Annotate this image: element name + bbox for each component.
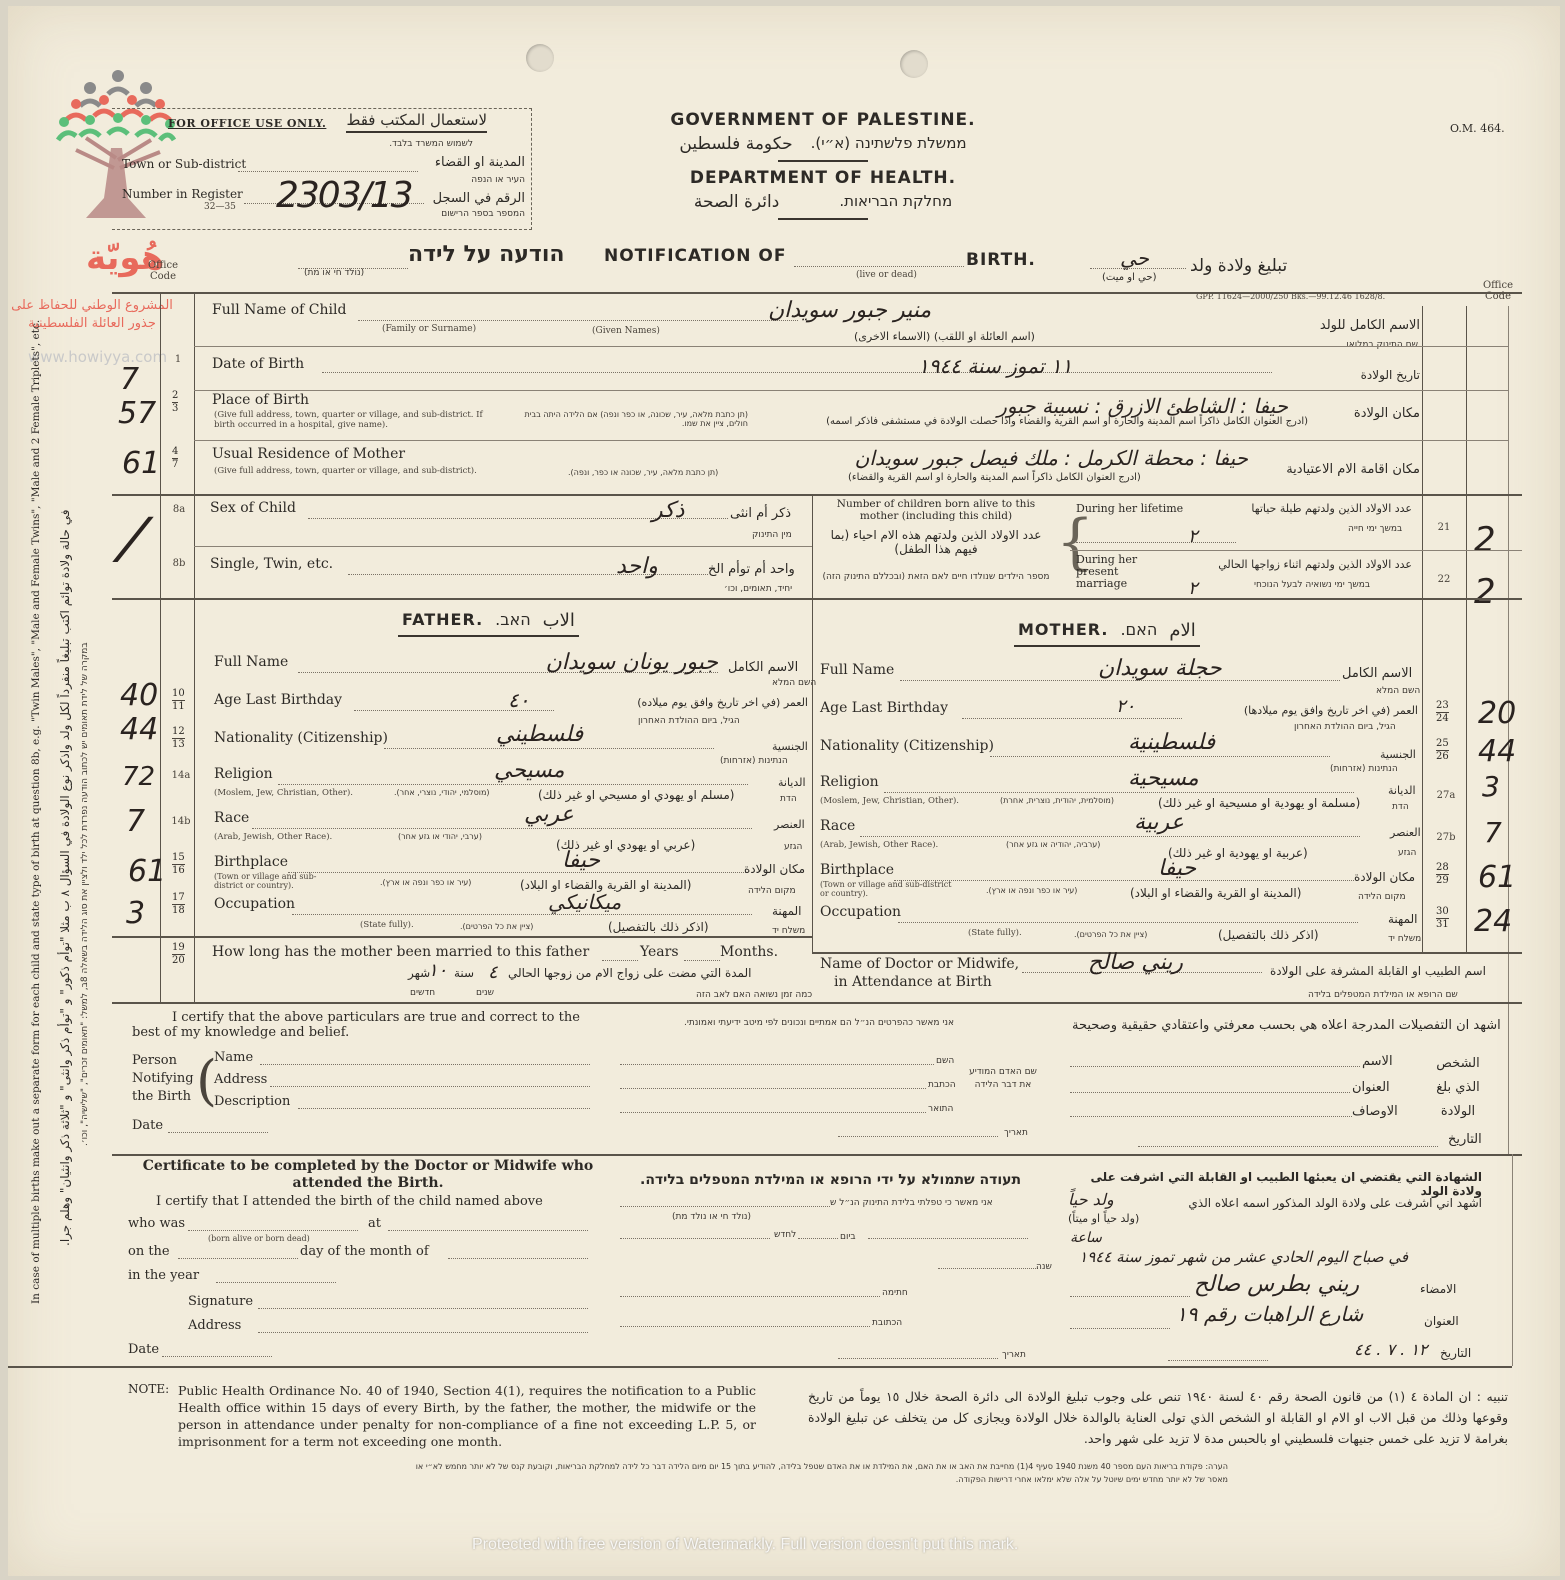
dob-value: ١١ تموز سنة ١٩٤٤: [918, 354, 1072, 378]
title-he-sub: (נולד חי או מת): [304, 268, 364, 278]
left-code-sex-mark: ⁄: [128, 506, 138, 576]
left-code-father-race: 7: [126, 804, 145, 839]
child-name-sub-family: (Family or Surname): [382, 324, 476, 334]
register-label: Number in Register: [122, 187, 243, 201]
doctor-cert-in-year: in the year: [128, 1268, 199, 1283]
doctor-cert-date-line-ar: في صباح اليوم الحادي عشر من شهر تموز سنة…: [1068, 1248, 1408, 1266]
side-note-he: במקרה של לידת תאומים יש לכתוב הודעה נפרד…: [80, 346, 90, 1146]
residence-num: 47: [172, 446, 178, 471]
sex-label-ar: ذكر أم انثى: [730, 506, 791, 521]
mother-religion-num: 27a: [1432, 790, 1460, 801]
right-code-mother-age: 20: [1478, 696, 1516, 731]
notifier-name-ar: الاسم: [1362, 1054, 1393, 1069]
mother-birthplace-label: Birthplace: [820, 862, 894, 878]
marriage-label: During her present marriage: [1076, 554, 1156, 590]
notifier-name-he: השם: [936, 1056, 954, 1066]
mother-race-label-he: הגזע: [1398, 848, 1416, 858]
office-use-heading-ar: لاستعمال المكتب فقط: [346, 111, 487, 133]
dob-num: 1: [168, 354, 188, 365]
mother-race-label-ar: العنصر: [1390, 826, 1421, 839]
office-use-heading-he: לשמוש המשרד בלבד.: [389, 139, 473, 149]
mother-religion-sub-en: (Moslem, Jew, Christian, Other).: [820, 796, 959, 806]
doctor-cert-line1-he: אני מאשר כי טפלתי בלידת התינוק הנ״ל ש: [830, 1198, 993, 1208]
father-nat-label: Nationality (Citizenship): [214, 730, 388, 746]
father-religion-sub-ar: (مسلم او يهودي او مسيحي او غير ذلك): [538, 788, 734, 802]
notifier-date-ar: التاريخ: [1448, 1132, 1482, 1147]
mother-age-value: ٢٠: [1116, 696, 1135, 717]
gov-title-he: ממשלת פלשתינה (א״י).: [811, 134, 967, 154]
doctor-cert-born-sub-he: (נולד חי או נולד מת): [672, 1212, 751, 1222]
place-label-ar: مكان الولادة: [1354, 406, 1420, 421]
side-note-ar: في حالة ولادة توائم اكتب تبليغاً منفرداً…: [58, 346, 72, 1246]
notifier-address-he: הכתבת: [928, 1080, 956, 1090]
father-occupation-value: ميكانيكي: [548, 890, 621, 914]
left-code-father-nat: 44: [120, 712, 158, 747]
office-use-box: FOR OFFICE USE ONLY. لاستعمال المكتب فقط…: [112, 108, 532, 230]
doctor-cert-day-of-month: day of the month of: [300, 1244, 429, 1259]
father-occupation-num: 1718: [172, 892, 185, 917]
single-label-ar: واحد أم توأم الخ: [708, 562, 795, 577]
mother-nat-num: 2526: [1436, 738, 1449, 763]
single-label-he: יחיד, תאומים, וכו׳: [724, 584, 792, 594]
mother-religion-sub-he: (מוסלמית, יהודית, נוצרית, אחרת): [1000, 796, 1114, 805]
mother-birthplace-sub-he: (עיר או כפר ונפה או ארץ).: [986, 886, 1077, 895]
father-birthplace-sub-he: (עיר או כפר ונפה או ארץ).: [380, 878, 471, 887]
note-text-ar: تنبيه : ان المادة ٤ (١) من قانون الصحة ر…: [808, 1386, 1508, 1449]
father-religion-sub-he: (מוסלמי, יהודי, נוצרי, אחר).: [394, 788, 490, 797]
mother-occupation-sub-en: (State fully).: [968, 928, 1022, 938]
doctor-cert-title-he: תעודה שתמולא על ידי הרופא או המילדת המטפ…: [640, 1172, 1021, 1188]
register-number-value: 2303/13: [276, 175, 412, 216]
doctor-cert-signature-he: חתימה: [882, 1288, 908, 1298]
father-occupation-sub-ar: (اذكر ذلك بالتفصيل): [608, 920, 709, 934]
left-code-residence: 61: [122, 446, 160, 481]
mother-nat-label-ar: الجنسية: [1380, 748, 1416, 761]
gov-title-en: GOVERNMENT OF PALESTINE.: [658, 110, 988, 130]
mother-age-label-he: הגיל, ביום ההולדת האחרון: [1294, 722, 1396, 732]
place-num: 23: [172, 390, 178, 415]
mother-race-value: عربية: [1134, 810, 1184, 835]
logo-url: www.howiyya.com: [28, 348, 167, 366]
left-code-child-name: 7: [120, 362, 139, 397]
dept-title-ar: دائرة الصحة: [694, 192, 779, 212]
live-or-dead-value: حي: [1120, 246, 1149, 270]
child-name-label: Full Name of Child: [212, 302, 346, 318]
place-sub-en: (Give full address, town, quarter or vil…: [214, 410, 504, 430]
doctor-name-value: ريني صالح: [1088, 950, 1183, 975]
mother-age-label: Age Last Birthday: [820, 700, 948, 716]
father-birthplace-label-he: מקום הלידה: [748, 886, 796, 896]
marriage-code: 2: [1474, 572, 1496, 612]
father-race-label: Race: [214, 810, 249, 826]
note-text-en: Public Health Ordinance No. 40 of 1940, …: [178, 1382, 756, 1450]
dept-title-en: DEPARTMENT OF HEALTH.: [658, 168, 988, 188]
months-label: Months.: [720, 944, 778, 960]
father-race-label-ar: العنصر: [774, 818, 805, 831]
father-age-label-ar: العمر (في اخر تاريخ وافق يوم ميلاده): [554, 696, 808, 709]
years-ar: سنة: [454, 966, 474, 980]
mother-name-label-ar: الاسم الكامل: [1342, 666, 1412, 681]
father-birthplace-num: 1516: [172, 852, 185, 877]
gov-title-ar: حكومة فلسطين: [679, 134, 792, 154]
doctor-cert-at: at: [368, 1216, 381, 1231]
father-occupation-sub-he: (ציין את כל הפרטים).: [460, 922, 533, 931]
father-race-num: 14b: [168, 816, 194, 827]
left-code-father-birthplace: 61: [128, 854, 166, 889]
father-nat-label-ar: الجنسية: [772, 740, 808, 753]
father-age-num: 1011: [172, 688, 185, 713]
mother-race-sub-en: (Arab, Jewish, Other Race).: [820, 840, 938, 850]
notifier-date-he: תאריך: [1004, 1128, 1028, 1138]
marriage-label-he: במשך ימי נשואיה לבעל הנוכחי: [1254, 580, 1370, 590]
title-en-post: BIRTH.: [966, 250, 1036, 270]
town-label-he: העיר או הנפה: [471, 175, 525, 185]
doctor-name-label-1: Name of Doctor or Midwife,: [820, 956, 1019, 972]
lifetime-code: 2: [1474, 520, 1496, 560]
mother-occupation-num: 3031: [1436, 906, 1449, 931]
register-sub: 32—35: [204, 202, 236, 212]
doctor-cert-signature-ar: الامضاء: [1420, 1282, 1456, 1296]
mother-age-num: 2324: [1436, 700, 1449, 725]
place-sub-he: (תן כתבת מלאה, עיר, שכונה, או כפר ונפה) …: [508, 410, 748, 428]
mother-name-label: Full Name: [820, 662, 894, 678]
register-label-ar: الرقم في السجل: [433, 191, 525, 206]
months-value: ١٠: [428, 960, 447, 981]
mother-religion-label-ar: الديانة: [1388, 784, 1416, 797]
lifetime-label-ar: عدد الاولاد الذين ولدتهم طيلة حياتها: [1194, 502, 1412, 515]
years-label: Years: [640, 944, 679, 960]
marriage-label-ar: عدد الاولاد الذين ولدتهم اثناء زواجها ال…: [1158, 558, 1412, 571]
left-code-father-religion: 72: [122, 762, 155, 792]
notifier-description-he: התואר: [928, 1104, 953, 1114]
residence-sub-ar: (ادرج العنوان الكامل ذاكراً اسم المدينة …: [848, 472, 1141, 483]
right-code-mother-race: 7: [1484, 816, 1502, 849]
father-birthplace-value: حيفا: [562, 848, 600, 873]
title-ar: تبليغ ولادة ولد: [1190, 256, 1287, 276]
right-code-mother-religion: 3: [1482, 770, 1500, 803]
mother-nat-label: Nationality (Citizenship): [820, 738, 994, 754]
father-age-value: ٤٠: [508, 688, 529, 712]
mother-race-label: Race: [820, 818, 855, 834]
lifetime-label: During her lifetime: [1076, 502, 1183, 515]
months-ar: شهر: [408, 966, 430, 980]
residence-value: حيفا : محطة الكرمل : ملك فيصل جبور سويدا…: [708, 446, 1248, 470]
child-name-sub-given: (Given Names): [592, 326, 660, 336]
doctor-cert-address-he: הכתובת: [872, 1318, 902, 1328]
mother-religion-value: مسيحية: [1128, 766, 1199, 791]
mother-religion-label-he: הדת: [1392, 802, 1409, 812]
mother-race-sub-he: (ערביה, יהודיה או גזע אחר): [1006, 840, 1100, 849]
mother-occupation-label-ar: المهنة: [1388, 912, 1418, 926]
doctor-cert-title-en: Certificate to be completed by the Docto…: [138, 1158, 598, 1192]
certify-text-ar: اشهد ان التفصيلات المدرجة اعلاه هي بحسب …: [1072, 1018, 1501, 1033]
father-age-label-he: הגיל, ביום ההולדת האחרון: [638, 716, 740, 726]
marriage-value: ٢: [1188, 578, 1198, 599]
single-value: واحد: [616, 554, 658, 579]
father-occupation-label-ar: المهنة: [772, 904, 802, 918]
doctor-cert-address: Address: [188, 1318, 241, 1333]
left-code-father-age: 40: [120, 678, 158, 713]
doctor-cert-born-sub: (born alive or born dead): [208, 1234, 310, 1243]
mother-birthplace-num: 2829: [1436, 862, 1449, 887]
father-occupation-label: Occupation: [214, 896, 295, 912]
children-count-label: Number of children born alive to this mo…: [818, 498, 1054, 522]
office-code-right: Office Code: [1478, 280, 1518, 302]
children-count-label-ar: عدد الاولاد الذين ولدتهم هذه الام احياء …: [818, 528, 1054, 556]
sex-value: ذكر: [652, 498, 684, 523]
children-count-label-he: מספר הילדים שנולדו חיים לאם הזאת (ובכללם…: [818, 572, 1054, 582]
birth-notification-form: O.M. 464. هُويّة المشروع الوطني للحفاظ ع…: [8, 6, 1560, 1576]
father-name-value: جبور يونان سويدان: [428, 650, 718, 675]
father-religion-sub-en: (Moslem, Jew, Christian, Other).: [214, 788, 353, 798]
doctor-cert-born-value: ولد حياً: [1068, 1190, 1114, 1209]
doctor-cert-title-ar: الشهادة التي يقتضي ان يعبئها الطبيب او ا…: [1070, 1170, 1482, 1198]
left-code-place: 57: [118, 396, 156, 431]
right-code-mother-nat: 44: [1478, 734, 1516, 769]
father-religion-num: 14a: [168, 770, 194, 781]
place-sub-ar: (ادرج العنوان الكامل ذاكراً اسم المدينة …: [748, 416, 1308, 427]
lifetime-label-he: במשך ימי חייה: [1348, 524, 1402, 534]
doctor-cert-date: Date: [128, 1342, 159, 1357]
marriage-num: 22: [1432, 574, 1456, 585]
father-race-sub-en: (Arab, Jewish, Other Race).: [214, 832, 332, 842]
hole-punch: [526, 44, 554, 72]
years-value: ٤: [488, 962, 498, 983]
doctor-cert-on-the: on the: [128, 1244, 170, 1259]
father-name-label-ar: الاسم الكامل: [728, 660, 798, 675]
dob-label: Date of Birth: [212, 356, 304, 372]
doctor-cert-signature: Signature: [188, 1294, 253, 1309]
child-name-value: منير جبور سويدان: [768, 298, 931, 323]
doctor-cert-line1: I certify that I attended the birth of t…: [156, 1194, 543, 1209]
title-ar-sub: (حي او ميت): [1102, 272, 1156, 283]
place-label: Place of Birth: [212, 392, 309, 408]
doctor-name-label-2: in Attendance at Birth: [834, 974, 992, 990]
mother-heading: MOTHER. האם. الام: [1014, 620, 1200, 647]
left-code-father-occupation: 3: [126, 896, 145, 931]
years-he: שנים: [476, 988, 494, 998]
notifier-name-label: Name: [214, 1050, 253, 1065]
father-race-value: عربي: [524, 802, 574, 827]
register-label-he: המספר בספר הרישום: [441, 209, 525, 219]
father-religion-label: Religion: [214, 766, 273, 782]
marriage-duration-label-he: כמה זמן נשואה האם לאב הזה: [696, 990, 812, 1000]
mother-occupation-label-he: משלח יד: [1388, 934, 1421, 944]
mother-occupation-label: Occupation: [820, 904, 901, 920]
single-num: 8b: [166, 558, 192, 569]
father-nat-value: فلسطيني: [496, 722, 583, 747]
certify-text-he: אני מאשר כהפרטים הנ״ל הם אמתיים ונכונים …: [684, 1018, 954, 1028]
father-birthplace-sub-en: (Town or village and sub-district or cou…: [214, 872, 344, 890]
title-en-sub: (live or dead): [856, 270, 917, 280]
doctor-cert-address-value: شارع الراهبات رقم ١٩: [1176, 1302, 1363, 1326]
father-religion-label-ar: الديانة: [778, 776, 806, 789]
doctor-cert-time-value: ساعة: [1070, 1230, 1102, 1246]
doctor-cert-date-value: ١٢ . ٧ . ٤٤: [1354, 1340, 1428, 1359]
mother-birthplace-label-he: מקום הלידה: [1358, 892, 1406, 902]
mother-name-label-he: השם המלא: [1376, 686, 1420, 696]
mother-occupation-sub-he: (ציין את כל הפרטים).: [1074, 930, 1147, 939]
child-name-sub-ar: (اسم العائلة او اللقب) (الاسماء الاخرى): [854, 330, 1035, 343]
watermarkly-watermark: Protected with free version of Watermark…: [472, 1536, 1018, 1554]
father-religion-value: مسيحي: [494, 758, 565, 783]
town-label: Town or Sub-district: [122, 157, 246, 171]
office-use-heading-en: FOR OFFICE USE ONLY.: [168, 117, 326, 130]
father-heading: FATHER. האב. الاب: [398, 610, 579, 637]
place-value: حيفا : الشاطئ الازرق : نسيبة جبور: [768, 394, 1288, 418]
mother-religion-label: Religion: [820, 774, 879, 790]
mother-name-value: حجلة سويدان: [1098, 656, 1222, 681]
mother-race-num: 27b: [1432, 832, 1460, 843]
residence-sub-he: (תן כתבת מלאה, עיר, שכונה או כפר, ונפה).: [568, 468, 718, 477]
note-text-he: הערה: פקודת בריאות העם מספר 40 משנת 1940…: [408, 1460, 1228, 1486]
notifier-date-label: Date: [132, 1118, 163, 1133]
doctor-cert-date-he: תאריך: [1002, 1350, 1026, 1360]
father-birthplace-label-ar: مكان الولادة: [744, 862, 805, 876]
lifetime-value: ٢: [1188, 526, 1198, 547]
notifier-address-label: Address: [214, 1072, 267, 1087]
dob-label-ar: تاريخ الولادة: [1361, 368, 1420, 382]
father-age-label: Age Last Birthday: [214, 692, 342, 708]
notifier-address-ar: العنوان: [1352, 1080, 1390, 1095]
doctor-cert-signature-value: ريني بطرس صالح: [1194, 1272, 1359, 1297]
doctor-name-label-ar: اسم الطبيب او القابلة المشرفة على الولاد…: [1270, 964, 1486, 978]
mother-birthplace-sub-en: (Town or village and sub-district or cou…: [820, 880, 960, 898]
father-occupation-sub-en: (State fully).: [360, 920, 414, 930]
doctor-cert-line1-ar: اشهد اني اشرفت على ولادة الولد المذكور ا…: [1070, 1196, 1482, 1210]
father-religion-label-he: הדת: [780, 794, 797, 804]
child-name-label-he: שם התינוק במלואו: [1346, 340, 1418, 350]
mother-birthplace-sub-ar: (المدينة او القرية والقضاء او البلاد): [1130, 886, 1301, 900]
town-label-ar: المدينة او القضاء: [435, 155, 525, 170]
right-code-mother-occupation: 24: [1474, 904, 1512, 939]
doctor-cert-date-ar: التاريخ: [1440, 1346, 1471, 1360]
residence-label: Usual Residence of Mother: [212, 446, 405, 462]
doctor-name-label-he: שם הרופא או המילדת המטפלים בלידה: [1308, 990, 1458, 1000]
father-birthplace-label: Birthplace: [214, 854, 288, 870]
doctor-cert-born-sub-ar: (ولد حياً او ميتاً): [1068, 1212, 1139, 1225]
sex-num: 8a: [166, 504, 192, 515]
mother-nat-value: فلسطينية: [1128, 730, 1215, 755]
doctor-cert-address-ar: العنوان: [1424, 1314, 1459, 1328]
months-he: חדשים: [410, 988, 435, 998]
doctor-cert-day-he: ביום: [840, 1232, 856, 1242]
father-nat-label-he: הנתינות (אזרחות): [720, 756, 788, 766]
marriage-duration-label-ar: المدة التي مضت على زواج الام من زوجها ال…: [508, 966, 751, 980]
notifier-description-label: Description: [214, 1094, 290, 1109]
hole-punch: [900, 50, 928, 78]
note-label: NOTE:: [128, 1382, 169, 1396]
mother-birthplace-value: حيفا: [1158, 856, 1196, 881]
notifier-group-ar: الشخص الذي بلغ الولادة: [1436, 1052, 1480, 1124]
side-note-en: In case of multiple births make out a se…: [30, 284, 42, 1304]
marriage-duration-num: 1920: [172, 942, 185, 967]
office-code-left: Office Code: [143, 260, 183, 282]
mother-birthplace-label-ar: مكان الولادة: [1354, 870, 1415, 884]
marriage-duration-label: How long has the mother been married to …: [212, 944, 589, 960]
father-name-label: Full Name: [214, 654, 288, 670]
father-occupation-label-he: משלח יד: [772, 926, 805, 936]
notifier-description-ar: الاوصاف: [1352, 1104, 1398, 1119]
title-en-pre: NOTIFICATION OF: [604, 246, 786, 266]
notifier-group-en: Person Notifying the Birth: [132, 1052, 192, 1106]
father-race-sub-he: (ערבי, יהודי או גזע אחר): [398, 832, 482, 841]
mother-nat-label-he: הנתינות (אזרחות): [1330, 764, 1398, 774]
lifetime-num: 21: [1432, 522, 1456, 533]
residence-label-ar: مكان اقامة الام الاعتيادية: [1286, 462, 1420, 477]
right-code-mother-birthplace: 61: [1478, 860, 1516, 895]
dept-title-he: מחלקת הבריאות.: [839, 192, 952, 212]
father-race-label-he: הגזע: [784, 842, 802, 852]
mother-religion-sub-ar: (مسلمة او يهودية او مسيحية او غير ذلك): [1158, 796, 1360, 810]
certify-text-en: I certify that the above particulars are…: [132, 1010, 602, 1040]
header: GOVERNMENT OF PALESTINE. حكومة فلسطين ממ…: [658, 110, 988, 226]
doctor-cert-year-he: שנה: [1036, 1262, 1052, 1272]
residence-sub-en: (Give full address, town, quarter or vil…: [214, 466, 477, 476]
form-code: O.M. 464.: [1450, 122, 1505, 135]
doctor-cert-month-he: לחדש: [774, 1230, 796, 1240]
sex-label: Sex of Child: [210, 500, 296, 516]
title-he: הודעה על לידה: [408, 242, 564, 267]
doctor-cert-who-was: who was: [128, 1216, 185, 1231]
child-name-label-ar: الاسم الكامل للولد: [1320, 318, 1420, 333]
mother-age-label-ar: العمر (في اخر تاريخ وافق يوم ميلادها): [1184, 704, 1418, 717]
notifier-group-he: שם האדם המודיע את דבר הלידה: [968, 1066, 1038, 1092]
father-nat-num: 1213: [172, 726, 185, 751]
sex-label-he: מין התינוק: [752, 530, 792, 540]
mother-occupation-sub-ar: (اذكر ذلك بالتفصيل): [1218, 928, 1319, 942]
single-label: Single, Twin, etc.: [210, 556, 333, 572]
father-name-label-he: השם המלא: [772, 678, 816, 688]
